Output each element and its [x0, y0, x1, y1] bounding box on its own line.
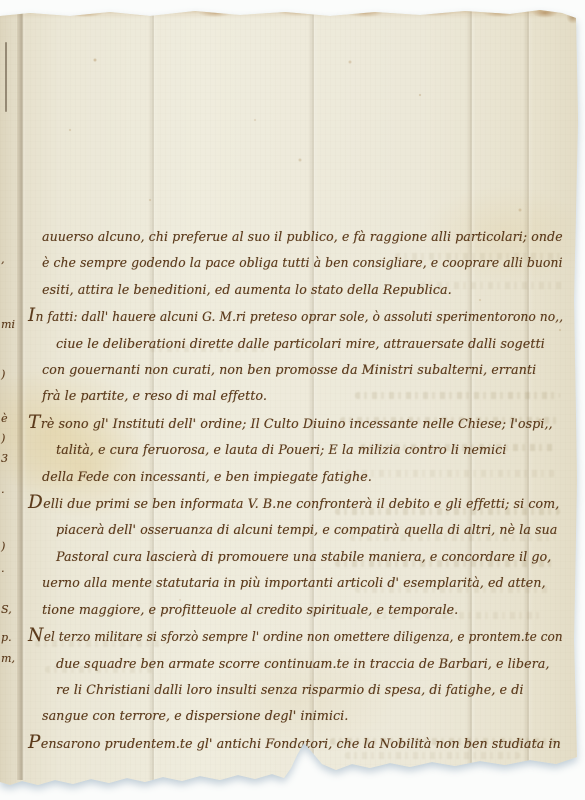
margin-fragment: m, — [1, 652, 15, 665]
manuscript-line: re li Christiani dalli loro insulti senz… — [56, 677, 563, 703]
margin-fragment: mi — [1, 318, 15, 331]
manuscript-line: Trè sono gl' Instituti dell' ordine; Il … — [28, 410, 563, 437]
manuscript-line: due squadre ben armate scorre continuam.… — [56, 651, 563, 677]
manuscript-line: frà le partite, e reso di mal effetto. — [42, 383, 563, 409]
margin-fragment: è — [1, 412, 8, 425]
margin-fragment: ) — [1, 432, 5, 445]
manuscript-line: Pensarono prudentem.te gl' antichi Fonda… — [28, 730, 563, 757]
manuscript-line: auuerso alcuno, chi preferue al suo il p… — [42, 224, 560, 250]
manuscript-line: esiti, attira le beneditioni, ed aumenta… — [42, 277, 563, 303]
manuscript-line: piacerà dell' osseruanza di alcuni tempi… — [56, 517, 563, 543]
margin-fragment: . — [1, 562, 5, 575]
manuscript-line: talità, e cura feruorosa, e lauta di Pou… — [56, 437, 563, 463]
margin-fragment: . — [1, 483, 5, 496]
manuscript-line: tione maggiore, e profitteuole al credit… — [42, 597, 563, 623]
margin-fragment: ) — [1, 540, 5, 553]
manuscript-page: auuerso alcuno, chi preferue al suo il p… — [0, 0, 585, 800]
scanned-manuscript-image: auuerso alcuno, chi preferue al suo il p… — [0, 0, 585, 800]
margin-fragment: S, — [1, 603, 12, 616]
manuscript-line: uerno alla mente statutaria in più impor… — [42, 570, 563, 596]
manuscript-line: Delli due primi se ben informata V. B.ne… — [28, 490, 563, 517]
manuscript-line: Nel terzo militare si sforzò sempre l' o… — [28, 623, 537, 650]
margin-fragment: p. — [1, 631, 12, 644]
manuscript-text-block: auuerso alcuno, chi preferue al suo il p… — [28, 224, 563, 757]
margin-fragment: ) — [1, 368, 5, 381]
manuscript-line: con gouernanti non curati, non ben promo… — [42, 357, 563, 383]
paper-shadow-wrapper: auuerso alcuno, chi preferue al suo il p… — [0, 0, 585, 800]
manuscript-line: In fatti: dall' hauere alcuni G. M.ri pr… — [28, 303, 546, 330]
manuscript-line: Pastoral cura lascierà di promouere una … — [56, 544, 563, 570]
margin-fragment: 3 — [1, 452, 8, 465]
manuscript-line: ciue le deliberationi dirette dalle part… — [56, 331, 563, 357]
manuscript-line: della Fede con incessanti, e ben impiega… — [42, 464, 563, 490]
margin-fragment: , — [1, 253, 5, 266]
manuscript-line: è che sempre godendo la pace obliga tutt… — [42, 250, 553, 276]
manuscript-line: sangue con terrore, e dispersione degl' … — [42, 703, 563, 729]
